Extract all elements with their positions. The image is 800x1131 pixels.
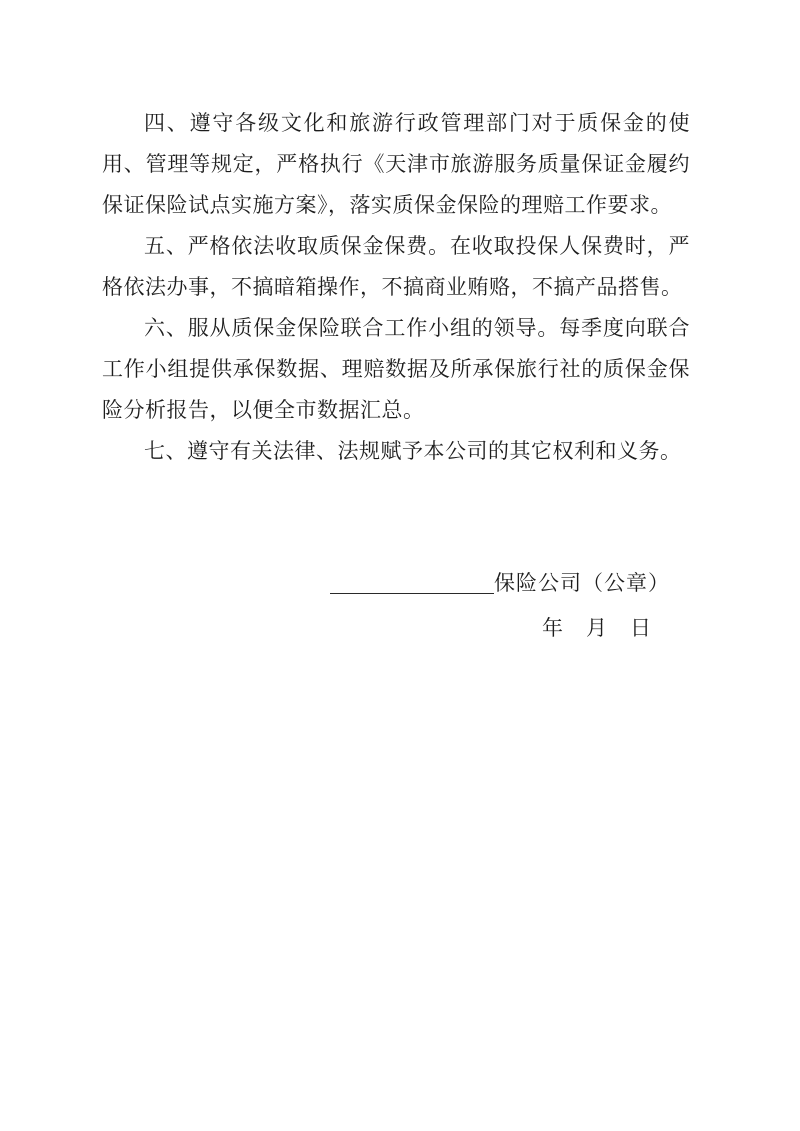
signature-company-label: 保险公司（公章） — [494, 571, 670, 595]
signature-blank-line — [330, 569, 494, 594]
document-page: 四、遵守各级文化和旅游行政管理部门对于质保金的使用、管理等规定，严格执行《天津市… — [0, 0, 800, 1131]
signature-block: 保险公司（公章） 年 月 日 — [102, 561, 690, 651]
document-body: 四、遵守各级文化和旅游行政管理部门对于质保金的使用、管理等规定，严格执行《天津市… — [102, 103, 690, 472]
signature-date-row: 年 月 日 — [102, 606, 652, 651]
paragraph-clause-4: 四、遵守各级文化和旅游行政管理部门对于质保金的使用、管理等规定，严格执行《天津市… — [102, 103, 690, 226]
signature-date-label: 年 月 日 — [542, 616, 652, 640]
paragraph-clause-5: 五、严格依法收取质保金保费。在收取投保人保费时，严格依法办事，不搞暗箱操作，不搞… — [102, 226, 690, 308]
paragraph-clause-6: 六、服从质保金保险联合工作小组的领导。每季度向联合工作小组提供承保数据、理赔数据… — [102, 308, 690, 431]
paragraph-clause-7: 七、遵守有关法律、法规赋予本公司的其它权利和义务。 — [102, 431, 690, 472]
signature-row: 保险公司（公章） — [102, 561, 670, 606]
